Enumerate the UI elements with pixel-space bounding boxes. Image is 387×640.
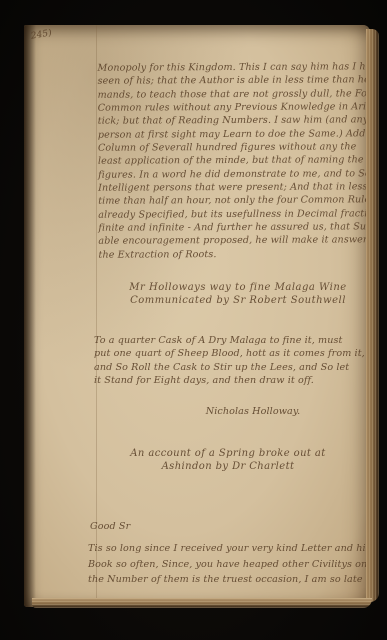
text-line: To a quarter Cask of A Dry Malaga to fin… — [94, 334, 368, 347]
signature-nicholas-holloway: Nicholas Holloway. — [183, 405, 323, 418]
text-line: put one quart of Sheep Blood, hott as it… — [94, 347, 368, 360]
text-line: Intelligent persons that were present; A… — [98, 180, 368, 195]
manuscript-photo: 245) Monopoly for this Kingdom. This I c… — [0, 0, 387, 640]
text-line: mands, to teach those that are not gross… — [98, 87, 368, 102]
text-line: and So Roll the Cask to Stir up the Lees… — [94, 361, 368, 374]
text-line: time than half an hour, not only the fou… — [98, 194, 368, 209]
manuscript-page: 245) Monopoly for this Kingdom. This I c… — [24, 25, 370, 607]
text-line: figures. In a word he did demonstrate to… — [98, 167, 368, 182]
text-line: it Stand for Eight days, and then draw i… — [94, 374, 368, 387]
text-line: person at first sight may Learn to doe t… — [98, 127, 368, 142]
text-line: the Extraction of Roots. — [98, 247, 368, 262]
paragraph-letter-opening: Tis so long since I received your very k… — [88, 541, 368, 588]
text-line: Book so often, Since, you have heaped ot… — [88, 557, 368, 573]
book-fore-edge — [366, 29, 379, 602]
section-title-spring-account: An account of a Spring broke out atAshin… — [118, 447, 338, 474]
text-line: Mr Holloways way to fine Malaga Wine — [123, 281, 353, 294]
text-line: finite and infinite - And further he ass… — [98, 220, 368, 235]
text-line: Tis so long since I received your very k… — [88, 541, 368, 557]
section-title-malaga-wine: Mr Holloways way to fine Malaga WineComm… — [123, 281, 353, 308]
text-line: able encouragement proposed, he will mak… — [98, 234, 368, 249]
text-line: seen of his; that the Author is able in … — [98, 74, 368, 89]
book-bottom-edge — [32, 598, 372, 608]
text-line: An account of a Spring broke out at — [118, 447, 338, 460]
letter-salutation: Good Sr — [90, 520, 130, 533]
text-line: least application of the minde, but that… — [98, 154, 368, 169]
text-line: Common rules without any Previous Knowle… — [98, 100, 368, 115]
text-line: tick; but that of Reading Numbers. I saw… — [98, 114, 368, 129]
text-line: already Specified, but its usefullness i… — [98, 207, 368, 222]
text-line: Monopoly for this Kingdom. This I can sa… — [97, 60, 367, 75]
text-line: Ashindon by Dr Charlett — [118, 460, 338, 473]
text-line: Communicated by Sr Robert Southwell — [123, 294, 353, 307]
text-line: the Number of them is the truest occasio… — [88, 572, 368, 588]
paragraph-malaga-recipe: To a quarter Cask of A Dry Malaga to fin… — [94, 334, 368, 387]
binding-gutter-shadow — [24, 25, 36, 607]
text-line: Column of Severall hundred figures witho… — [98, 140, 368, 155]
paragraph-arithmetic-account: Monopoly for this Kingdom. This I can sa… — [97, 60, 368, 262]
page-number: 245) — [30, 27, 53, 44]
